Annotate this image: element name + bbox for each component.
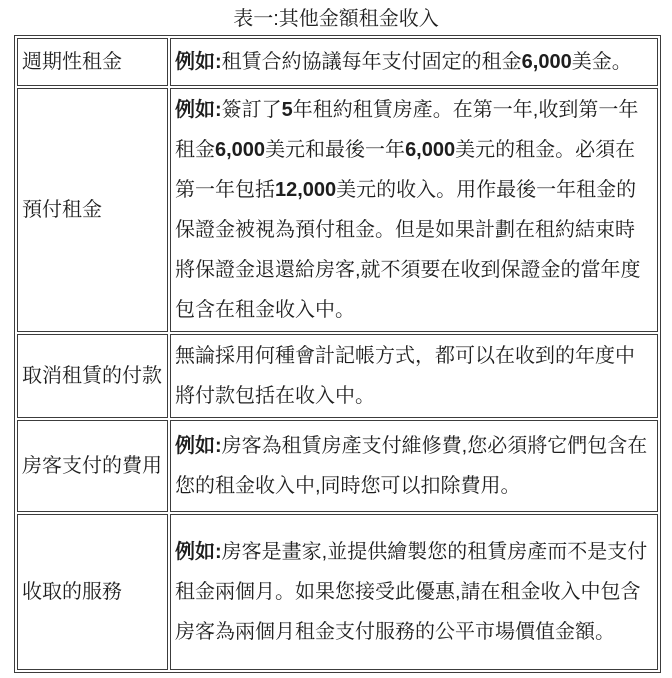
row-description-cell: 例如:房客是畫家,並提供繪製您的租賃房產而不是支付租金兩個月。如果您接受此優惠,… xyxy=(170,514,658,670)
text-segment: 簽訂了 xyxy=(222,99,282,121)
table-row: 取消租賃的付款無論採用何種會計記帳方式，都可以在收到的年度中將付款包括在收入中。 xyxy=(17,334,658,418)
text-segment: 租賃合約協議每年支付固定的租金 xyxy=(222,51,522,73)
bold-text-segment: 12,000 xyxy=(275,179,336,201)
bold-text-segment: 5 xyxy=(282,99,293,121)
row-description-cell: 例如:房客為租賃房產支付維修費,您必須將它們包含在您的租金收入中,同時您可以扣除… xyxy=(170,420,658,512)
bold-text-segment: 6,000 xyxy=(215,139,265,161)
row-label-cell: 週期性租金 xyxy=(17,38,168,86)
bold-text-segment: 例如: xyxy=(175,541,222,563)
table-title: 表一:其他金額租金收入 xyxy=(0,0,672,30)
table-row: 收取的服務例如:房客是畫家,並提供繪製您的租賃房產而不是支付租金兩個月。如果您接… xyxy=(17,514,658,670)
text-segment: 無論採用何種會計記帳方式，都可以在收到的年度中將付款包括在收入中。 xyxy=(175,345,635,407)
text-segment: 美金。 xyxy=(572,51,632,73)
table-body: 週期性租金例如:租賃合約協議每年支付固定的租金6,000美金。預付租金例如:簽訂… xyxy=(17,38,658,670)
table-row: 房客支付的費用例如:房客為租賃房產支付維修費,您必須將它們包含在您的租金收入中,… xyxy=(17,420,658,512)
bold-text-segment: 6,000 xyxy=(522,51,572,73)
text-segment: 房客是畫家,並提供繪製您的租賃房產而不是支付租金兩個月。如果您接受此優惠,請在租… xyxy=(175,541,647,643)
row-description-cell: 無論採用何種會計記帳方式，都可以在收到的年度中將付款包括在收入中。 xyxy=(170,334,658,418)
bold-text-segment: 6,000 xyxy=(405,139,455,161)
text-segment: 房客為租賃房產支付維修費,您必須將它們包含在您的租金收入中,同時您可以扣除費用。 xyxy=(175,435,647,497)
row-description-cell: 例如:租賃合約協議每年支付固定的租金6,000美金。 xyxy=(170,38,658,86)
row-description-cell: 例如:簽訂了5年租約租賃房產。在第一年,收到第一年租金6,000美元和最後一年6… xyxy=(170,88,658,332)
bold-text-segment: 例如: xyxy=(175,99,222,121)
rental-income-table: 週期性租金例如:租賃合約協議每年支付固定的租金6,000美金。預付租金例如:簽訂… xyxy=(14,35,661,673)
table-row: 預付租金例如:簽訂了5年租約租賃房產。在第一年,收到第一年租金6,000美元和最… xyxy=(17,88,658,332)
bold-text-segment: 例如: xyxy=(175,435,222,457)
row-label-cell: 收取的服務 xyxy=(17,514,168,670)
row-label-cell: 房客支付的費用 xyxy=(17,420,168,512)
row-label-cell: 預付租金 xyxy=(17,88,168,332)
page: 表一:其他金額租金收入 週期性租金例如:租賃合約協議每年支付固定的租金6,000… xyxy=(0,0,672,678)
table-row: 週期性租金例如:租賃合約協議每年支付固定的租金6,000美金。 xyxy=(17,38,658,86)
bold-text-segment: 例如: xyxy=(175,51,222,73)
row-label-cell: 取消租賃的付款 xyxy=(17,334,168,418)
text-segment: 美元和最後一年 xyxy=(265,139,405,161)
